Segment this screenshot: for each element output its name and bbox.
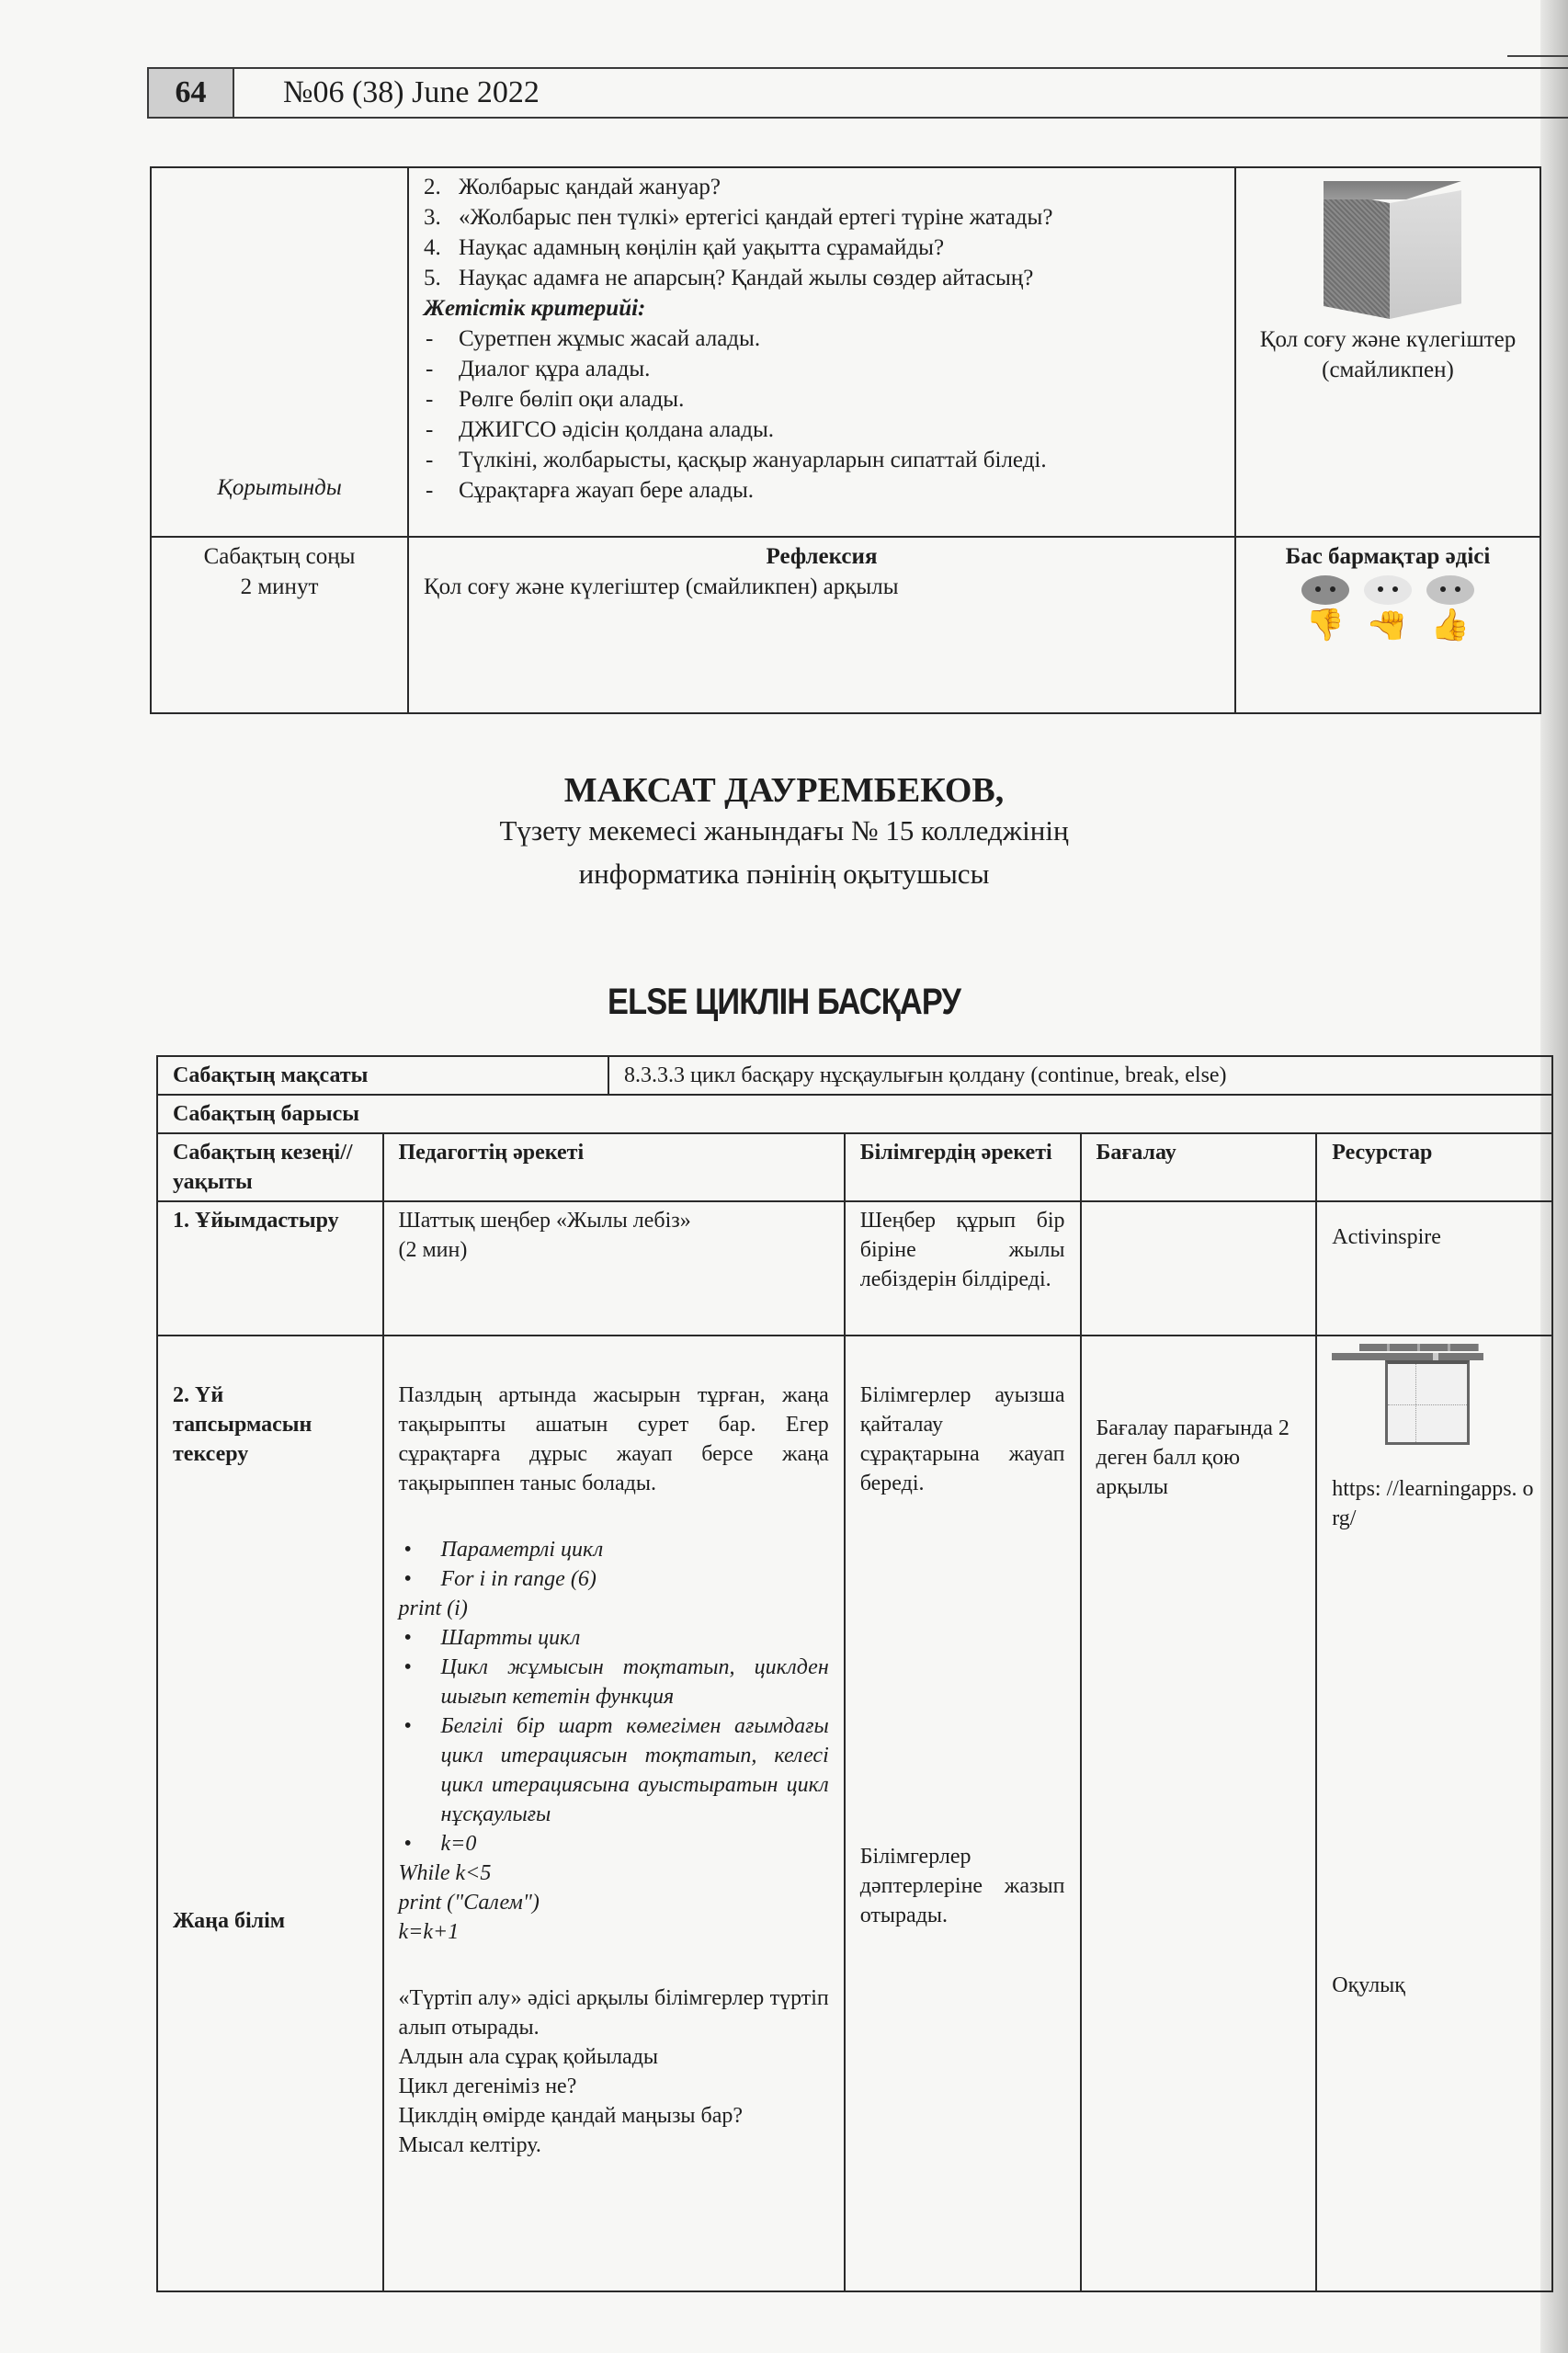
teacher-text: Алдын ала сұрақ қойылады [399,2042,829,2072]
code-block: Параметрлі циклFor i in range (6)print (… [399,1535,829,1947]
bullet-item: For i in range (6) [399,1564,829,1594]
question-list: 2.Жолбарыс қандай жануар? 3.«Жолбарыс пе… [424,172,1220,293]
reflection-title: Рефлексия [424,541,1220,572]
stage-cell: Қорытынды [151,167,408,537]
list-item: Диалог құра алады. [424,354,1220,384]
thumbs-up-icon: 👍 [1426,608,1474,643]
stage-label: Сабақтың соңы [166,541,392,572]
student-text: Білімгерлер дәптерлеріне жазып отырады. [860,1842,1065,1930]
smiley-light-icon [1364,575,1412,605]
smiley-row [1242,575,1534,605]
list-item: 5.Науқас адамға не апарсың? Қандай жылы … [424,263,1220,293]
article-title: ELSE ЦИКЛІН БАСҚАРУ [109,982,1458,1023]
divider [1507,55,1568,57]
author-position: информатика пәнінің оқытушысы [0,858,1568,891]
resource-cell: Бас бармақтар әдісі 👎 👍 👍 [1235,537,1540,713]
teacher-text: (2 мин) [399,1235,829,1265]
learningapps-screenshot-image [1332,1344,1470,1447]
content-cell: Рефлексия Қол соғу және күлегіштер (смай… [408,537,1235,713]
column-header: Білімгердің әрекеті [845,1133,1081,1201]
stage-label: Жаңа білім [173,1906,285,1936]
criteria-list: Суретпен жұмыс жасай алады. Диалог құра … [424,324,1220,506]
smiley-medium-icon [1426,575,1474,605]
goal-label: Сабақтың мақсаты [157,1056,608,1095]
progress-label: Сабақтың барысы [157,1095,1552,1133]
list-item: 3.«Жолбарыс пен түлкі» ертегісі қандай е… [424,202,1220,233]
student-cell: Шеңбер құрып бір біріне жылы лебіздерін … [845,1201,1081,1336]
table-row: 1. Ұйымдастыру Шаттық шеңбер «Жылы лебіз… [157,1201,1552,1336]
reflection-text: Қол соғу және күлегіштер (смайликпен) ар… [424,572,1220,602]
teacher-text: Шаттық шеңбер «Жылы лебіз» [399,1206,829,1235]
resource-cell: https: //learningapps. org/ Оқулық [1316,1336,1552,2291]
stage-cell: Сабақтың соңы 2 минут [151,537,408,713]
teacher-cell: Шаттық шеңбер «Жылы лебіз» (2 мин) [383,1201,845,1336]
assessment-cell [1081,1201,1317,1336]
resource-text: Activinspire [1332,1222,1537,1252]
resource-cell: Activinspire [1316,1201,1552,1336]
stage-cell: 2. Үй тапсырмасын тексеру Жаңа білім [157,1336,383,2291]
column-header: Педагогтің әрекеті [383,1133,845,1201]
author-affiliation: Түзету мекемесі жанындағы № 15 колледжін… [0,814,1568,847]
code-line: While k<5 [399,1859,829,1888]
content-cell: 2.Жолбарыс қандай жануар? 3.«Жолбарыс пе… [408,167,1235,537]
smiley-dark-icon [1301,575,1349,605]
teacher-text: «Түртіп алу» әдісі арқылы білімгерлер тү… [399,1984,829,2042]
code-line: print ("Салем") [399,1888,829,1917]
list-item: 2.Жолбарыс қандай жануар? [424,172,1220,202]
teacher-text: Мысал келтіру. [399,2131,829,2160]
page-number: 64 [147,69,234,117]
lesson-plan-table: Сабақтың мақсаты 8.3.3.3 цикл басқару нұ… [156,1055,1553,2292]
table-row: 2. Үй тапсырмасын тексеру Жаңа білім Паз… [157,1336,1552,2291]
code-line: print (i) [399,1594,829,1623]
resource-caption: Қол соғу және күлегіштер (смайликпен) [1251,324,1525,385]
resource-link[interactable]: https: //learningapps. org/ [1317,1474,1537,1533]
resource-cell: Қол соғу және күлегіштер (смайликпен) [1235,167,1540,537]
thumbs-sideways-icon: 👍 [1370,602,1405,650]
student-cell: Білімгерлер ауызша қайталау сұрақтарына … [845,1336,1081,2291]
stage-cell: 1. Ұйымдастыру [157,1201,383,1336]
table-row: Сабақтың барысы [157,1095,1552,1133]
assessment-text: Бағалау парағында 2 деген балл қою арқыл… [1096,1414,1301,1502]
column-header: Бағалау [1081,1133,1317,1201]
stage-label: Қорытынды [152,472,407,503]
thumbs-down-icon: 👎 [1301,608,1349,643]
method-title: Бас бармақтар әдісі [1242,541,1534,572]
table-row: Сабақтың соңы 2 минут Рефлексия Қол соғу… [151,537,1540,713]
assessment-cell: Бағалау парағында 2 деген балл қою арқыл… [1081,1336,1317,2291]
table-row: Сабақтың мақсаты 8.3.3.3 цикл басқару нұ… [157,1056,1552,1095]
list-item: Сұрақтарға жауап бере алады. [424,475,1220,506]
list-item: 4.Науқас адамның көңілін қай уақытта сұр… [424,233,1220,263]
page-header: 64 №06 (38) June 2022 [147,67,1568,119]
list-item: Рөлге бөліп оқи алады. [424,384,1220,415]
bullet-item: Параметрлі цикл [399,1535,829,1564]
author-name: МАКСАТ ДАУРЕМБЕКОВ, [0,770,1568,811]
issue-label: №06 (38) June 2022 [283,69,540,117]
stage-time: 2 минут [166,572,392,602]
teacher-text: Пазлдың артында жасырын тұрған, жаңа тақ… [399,1381,829,1498]
criteria-title: Жетістік критерийі: [424,293,1220,324]
code-line: k=k+1 [399,1917,829,1947]
bullet-item: Шартты цикл [399,1623,829,1653]
teacher-text-block: «Түртіп алу» әдісі арқылы білімгерлер тү… [399,1984,829,2160]
student-text: Білімгерлер ауызша қайталау сұрақтарына … [860,1381,1065,1498]
table-row: Қорытынды 2.Жолбарыс қандай жануар? 3.«Ж… [151,167,1540,537]
resource-text: Оқулық [1332,1971,1405,2000]
list-item: Түлкіні, жолбарысты, қасқыр жануарларын … [424,445,1220,475]
cube-image [1324,181,1452,319]
teacher-text: Циклдің өмірде қандай маңызы бар? [399,2101,829,2131]
goal-value: 8.3.3.3 цикл басқару нұсқаулығын қолдану… [608,1056,1552,1095]
list-item: ДЖИГСО әдісін қолдана алады. [424,415,1220,445]
lesson-table-continued: Қорытынды 2.Жолбарыс қандай жануар? 3.«Ж… [150,166,1541,714]
bullet-item: Цикл жұмысын тоқтатып, циклден шығып кет… [399,1653,829,1711]
column-header: Ресурстар [1316,1133,1552,1201]
table-header-row: Сабақтың кезеңі//уақыты Педагогтің әреке… [157,1133,1552,1201]
list-item: Суретпен жұмыс жасай алады. [424,324,1220,354]
bullet-item: Белгілі бір шарт көмегімен ағымдағы цикл… [399,1711,829,1829]
stage-label: 2. Үй тапсырмасын тексеру [173,1381,368,1469]
thumbs-row: 👎 👍 👍 [1242,608,1534,643]
teacher-cell: Пазлдың артында жасырын тұрған, жаңа тақ… [383,1336,845,2291]
column-header: Сабақтың кезеңі//уақыты [157,1133,383,1201]
bullet-item: k=0 [399,1829,829,1859]
teacher-text: Цикл дегеніміз не? [399,2072,829,2101]
